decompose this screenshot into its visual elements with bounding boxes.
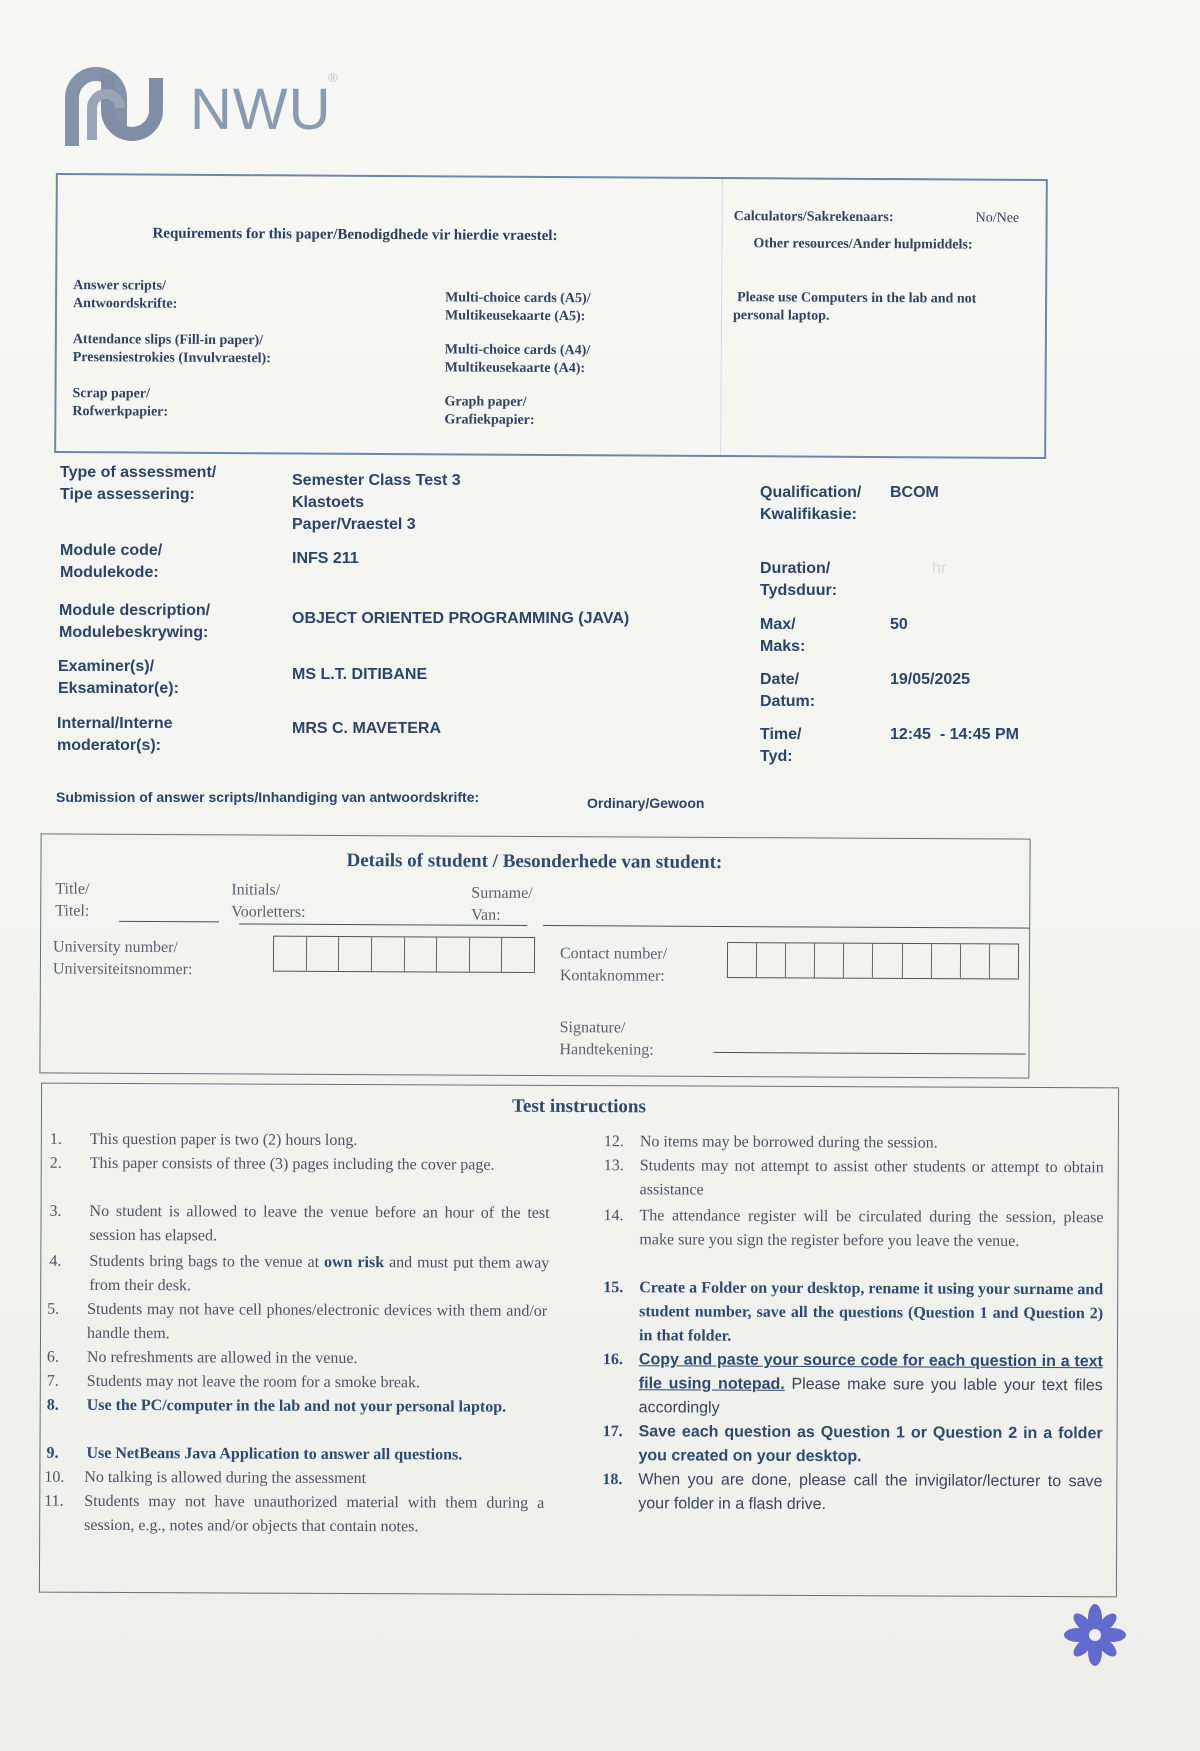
time-value: 12:45 - 14:45 PM bbox=[890, 724, 1019, 746]
duration-value: hr bbox=[932, 558, 946, 580]
signature-label: Signature/Handtekening: bbox=[559, 1017, 653, 1061]
assessment-type-value: Semester Class Test 3KlastoetsPaper/Vrae… bbox=[292, 470, 461, 536]
instruction-17: 17. Save each question as Question 1 or … bbox=[602, 1420, 1102, 1470]
time-label: Time/Tyd: bbox=[760, 724, 802, 768]
qualification-label: Qualification/Kwalifikasie: bbox=[760, 482, 861, 526]
instruction-1: 1. This question paper is two (2) hours … bbox=[50, 1128, 540, 1154]
req-answer-scripts: Answer scripts/Antwoordskrifte: bbox=[73, 277, 177, 314]
contact-number-cell[interactable] bbox=[961, 944, 990, 978]
calculators-label: Calculators/Sakrekenaars: bbox=[734, 209, 894, 226]
module-description-value: OBJECT ORIENTED PROGRAMMING (JAVA) bbox=[292, 608, 629, 630]
submission-value: Ordinary/Gewoon bbox=[587, 792, 704, 814]
requirements-divider bbox=[720, 179, 723, 455]
instruction-4: 4. Students bring bags to the venue at o… bbox=[49, 1250, 549, 1300]
duration-label: Duration/Tydsduur: bbox=[760, 558, 837, 602]
instruction-14: 14. The attendance register will be circ… bbox=[603, 1204, 1103, 1254]
module-code-value: INFS 211 bbox=[292, 548, 359, 570]
instruction-6: 6. No refreshments are allowed in the ve… bbox=[47, 1346, 547, 1372]
exam-cover-page: NWU ® Requirements for this paper/Benodi… bbox=[0, 0, 1200, 1751]
max-marks-value: 50 bbox=[890, 614, 908, 636]
contact-number-cell[interactable] bbox=[786, 943, 815, 977]
university-number-cell[interactable] bbox=[339, 937, 372, 971]
req-attendance-slips: Attendance slips (Fill-in paper)/Presens… bbox=[73, 331, 271, 368]
contact-number-cell[interactable] bbox=[815, 943, 844, 977]
moderator-value: MRS C. MAVETERA bbox=[292, 718, 441, 740]
contact-number-cell[interactable] bbox=[844, 944, 873, 978]
instruction-16: 16. Copy and paste your source code for … bbox=[603, 1348, 1103, 1422]
requirements-title: Requirements for this paper/Benodigdhede… bbox=[152, 226, 557, 245]
registered-mark: ® bbox=[328, 70, 338, 85]
university-number-cell[interactable] bbox=[404, 937, 437, 971]
assessment-type-label: Type of assessment/Tipe assessering: bbox=[60, 462, 216, 506]
student-details-title: Details of student / Besonderhede van st… bbox=[346, 850, 722, 874]
examiner-value: MS L.T. DITIBANE bbox=[292, 664, 427, 686]
contact-number-cell[interactable] bbox=[932, 944, 961, 978]
req-graph-paper: Graph paper/Grafiekpapier: bbox=[444, 393, 534, 430]
university-number-cell[interactable] bbox=[372, 937, 405, 971]
signature-field[interactable] bbox=[713, 1052, 1025, 1055]
contact-number-cell[interactable] bbox=[728, 943, 757, 977]
initials-label: Initials/Voorletters: bbox=[231, 879, 306, 923]
instruction-11: 11. Students may not have unauthorized m… bbox=[44, 1490, 544, 1540]
instruction-12: 12. No items may be borrowed during the … bbox=[604, 1130, 1104, 1156]
instruction-13: 13. Students may not attempt to assist o… bbox=[604, 1154, 1104, 1204]
student-details-box: Details of student / Besonderhede van st… bbox=[39, 833, 1030, 1078]
contact-number-label: Contact number/Kontaknommer: bbox=[560, 943, 667, 988]
university-number-cell[interactable] bbox=[307, 937, 340, 971]
university-number-cell[interactable] bbox=[437, 937, 470, 971]
req-mc-cards-a5: Multi-choice cards (A5)/Multikeusekaarte… bbox=[445, 289, 591, 326]
moderator-label: Internal/Internemoderator(s): bbox=[57, 713, 173, 757]
submission-label: Submission of answer scripts/Inhandiging… bbox=[56, 786, 479, 808]
test-instructions-title: Test instructions bbox=[512, 1096, 646, 1119]
university-number-cell[interactable] bbox=[502, 938, 534, 972]
instruction-15: 15. Create a Folder on your desktop, ren… bbox=[603, 1276, 1103, 1350]
instruction-5: 5. Students may not have cell phones/ele… bbox=[47, 1298, 547, 1348]
module-description-label: Module description/Modulebeskrywing: bbox=[59, 600, 210, 644]
max-marks-label: Max/Maks: bbox=[760, 614, 805, 658]
contact-number-cell[interactable] bbox=[757, 943, 786, 977]
instruction-8: 8. Use the PC/computer in the lab and no… bbox=[47, 1394, 547, 1420]
instruction-7: 7. Students may not leave the room for a… bbox=[47, 1370, 547, 1396]
test-instructions-box: Test instructions 1. This question paper… bbox=[39, 1083, 1119, 1598]
other-resources-label: Other resources/Ander hulpmiddels: bbox=[753, 236, 972, 253]
instruction-9: 9. Use NetBeans Java Application to answ… bbox=[46, 1442, 546, 1468]
req-mc-cards-a4: Multi-choice cards (A4)/Multikeusekaarte… bbox=[445, 341, 591, 378]
calculators-value: No/Nee bbox=[976, 211, 1020, 227]
req-scrap-paper: Scrap paper/Rofwerkpapier: bbox=[72, 385, 168, 422]
contact-number-cell[interactable] bbox=[873, 944, 902, 978]
contact-number-field[interactable] bbox=[727, 942, 1019, 980]
instruction-10: 10. No talking is allowed during the ass… bbox=[44, 1466, 544, 1492]
date-label: Date/Datum: bbox=[760, 669, 815, 713]
other-resources-value: Please use Computers in the lab and not … bbox=[733, 289, 976, 326]
requirements-box: Requirements for this paper/Benodigdhede… bbox=[54, 173, 1048, 459]
university-number-field[interactable] bbox=[273, 936, 535, 973]
university-number-cell[interactable] bbox=[470, 938, 503, 972]
instruction-3: 3. No student is allowed to leave the ve… bbox=[49, 1200, 549, 1250]
university-number-label: University number/Universiteitsnommer: bbox=[53, 936, 193, 981]
ink-flower-doodle-icon bbox=[1060, 1600, 1130, 1670]
module-code-label: Module code/Modulekode: bbox=[60, 540, 162, 584]
surname-field[interactable] bbox=[543, 925, 1029, 929]
contact-number-cell[interactable] bbox=[990, 944, 1018, 978]
examiner-label: Examiner(s)/Eksaminator(e): bbox=[58, 656, 179, 700]
date-value: 19/05/2025 bbox=[890, 669, 970, 691]
contact-number-cell[interactable] bbox=[902, 944, 931, 978]
nwu-logo-text: NWU bbox=[190, 76, 332, 143]
title-field[interactable] bbox=[119, 921, 219, 923]
title-label: Title/Titel: bbox=[55, 878, 89, 922]
instruction-2: 2. This paper consists of three (3) page… bbox=[50, 1152, 550, 1178]
nwu-logo: NWU ® bbox=[62, 48, 362, 158]
instruction-18: 18. When you are done, please call the i… bbox=[602, 1468, 1102, 1518]
nwu-logo-mark-icon bbox=[62, 48, 174, 156]
qualification-value: BCOM bbox=[890, 482, 939, 504]
university-number-cell[interactable] bbox=[274, 937, 307, 971]
surname-label: Surname/Van: bbox=[471, 883, 533, 927]
